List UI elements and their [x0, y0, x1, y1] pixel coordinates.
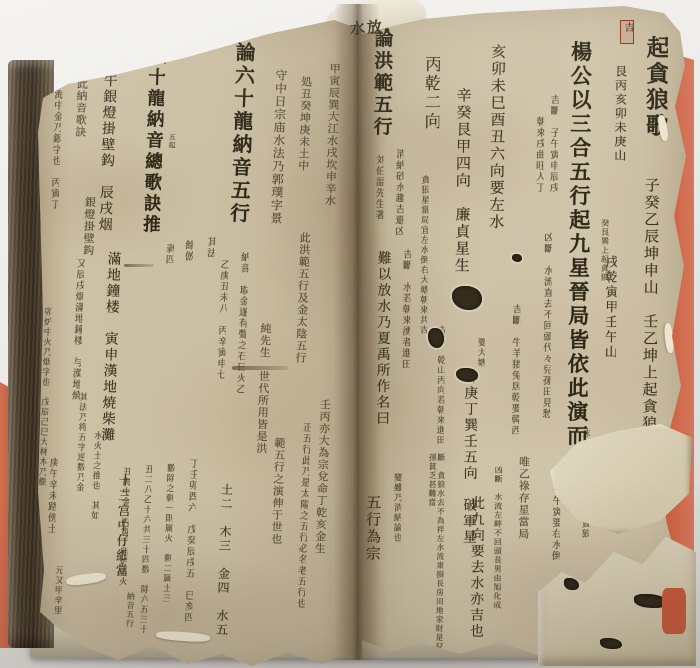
manuscript-column: 剥四: [161, 243, 173, 289]
manuscript-column: 艮丙亥卯未庚山: [612, 65, 627, 215]
manuscript-column: 乙丑海中金乃銀字也 丙寅丁: [44, 67, 63, 303]
crease-tear: [232, 366, 288, 370]
worm-hole: [452, 286, 482, 310]
manuscript-column: 消納砂水趨吉避凶: [391, 149, 403, 299]
left-page-text: 甲寅辰巽大江水戌坎申辛水壬丙亦大為宗兌命丁乾亥金生処丑癸坤庚未土中此洪範五行及金…: [15, 8, 364, 668]
manuscript-column: 此九向要去水亦吉也: [468, 495, 485, 645]
manuscript-column: 斷 貪狼水去不為祥左水流東損長房田地家財是兒孫貧乏甚難當: [426, 453, 445, 658]
manuscript-column: 壬丙亦大為宗兌命丁乾亥金生: [310, 398, 331, 658]
tear-cavity: [564, 578, 579, 590]
manuscript-column: 論六十龍納音五行: [226, 41, 255, 248]
manuscript-column: 純先生 世代所用皆是洪: [253, 322, 271, 508]
manuscript-column: 子午寅要右水倒: [548, 484, 560, 580]
worm-hole: [456, 368, 478, 382]
manuscript-column: 吉斷 牛羊猪兔居乾要韓西: [508, 304, 520, 462]
manuscript-column: 乙庚丑未八 丙辛寅申七: [210, 259, 228, 469]
manuscript-column: 土二 木三 金四 水五: [213, 483, 232, 663]
manuscript-column: 丑二八乙十六共三十四数 除六五三十: [135, 464, 152, 664]
manuscript-column: 唯乙祿存星當局: [516, 456, 529, 588]
manuscript-column: 処丑癸坤庚未土中: [295, 76, 312, 226]
manuscript-column: 凶斷 水流左畔不回頭長男由旭化成: [492, 466, 503, 652]
manuscript-column: 正五行此乃是太陽之五行必名老五行也: [292, 422, 311, 662]
crease-tear: [124, 264, 154, 267]
manuscript-column: 此納音歌訣: [72, 78, 88, 194]
red-cover-corner-peek: [662, 588, 686, 634]
worm-hole: [512, 254, 522, 262]
spine-margin-note: 水放。: [349, 14, 408, 40]
manuscript-column: 守中日宗庙水法乃郭璞字景: [266, 69, 288, 319]
photo-of-open-manuscript-book: 甲寅辰巽大江水戌坎申辛水壬丙亦大為宗兌命丁乾亥金生処丑癸坤庚未土中此洪範五行及金…: [0, 0, 700, 668]
left-page: 甲寅辰巽大江水戌坎申辛水壬丙亦大為宗兌命丁乾亥金生処丑癸坤庚未土中此洪範五行及金…: [36, 14, 362, 666]
manuscript-column: 五起: [167, 133, 176, 163]
worm-hole: [428, 328, 444, 348]
manuscript-column: 餘倣: [181, 240, 193, 286]
manuscript-column: 凶斷 水流直去不回頭代々兒孫田見愁: [539, 232, 552, 470]
manuscript-column: 吉斷 子午寅申辰戌: [546, 94, 558, 214]
manuscript-column: 起貪狼歌: [642, 35, 668, 175]
tear-cavity: [600, 638, 622, 649]
manuscript-column: 朝來戌曲旺人丁: [532, 116, 544, 218]
manuscript-column: 其法: [203, 236, 215, 282]
manuscript-column: 變雖乃消納論也: [390, 473, 401, 623]
manuscript-column: 丙乾二向: [421, 55, 441, 173]
manuscript-column: 貪狼星當局宜左水倒右大塘朝來共吉: [416, 175, 429, 461]
manuscript-column: 亥卯未巳酉丑六向要左水: [487, 44, 506, 344]
manuscript-column: 範五行之演伸于世也: [268, 437, 285, 597]
manuscript-column: 此洪範五行及金太陰五行: [292, 232, 310, 408]
corner-margin-note: 吉: [620, 20, 634, 44]
manuscript-column: 納音 取金遂有聲之石曰火乙: [230, 252, 249, 478]
manuscript-column: 子午銀燈掛壁鈎 辰戌烟: [95, 57, 118, 273]
spine-shadow: [334, 4, 380, 660]
